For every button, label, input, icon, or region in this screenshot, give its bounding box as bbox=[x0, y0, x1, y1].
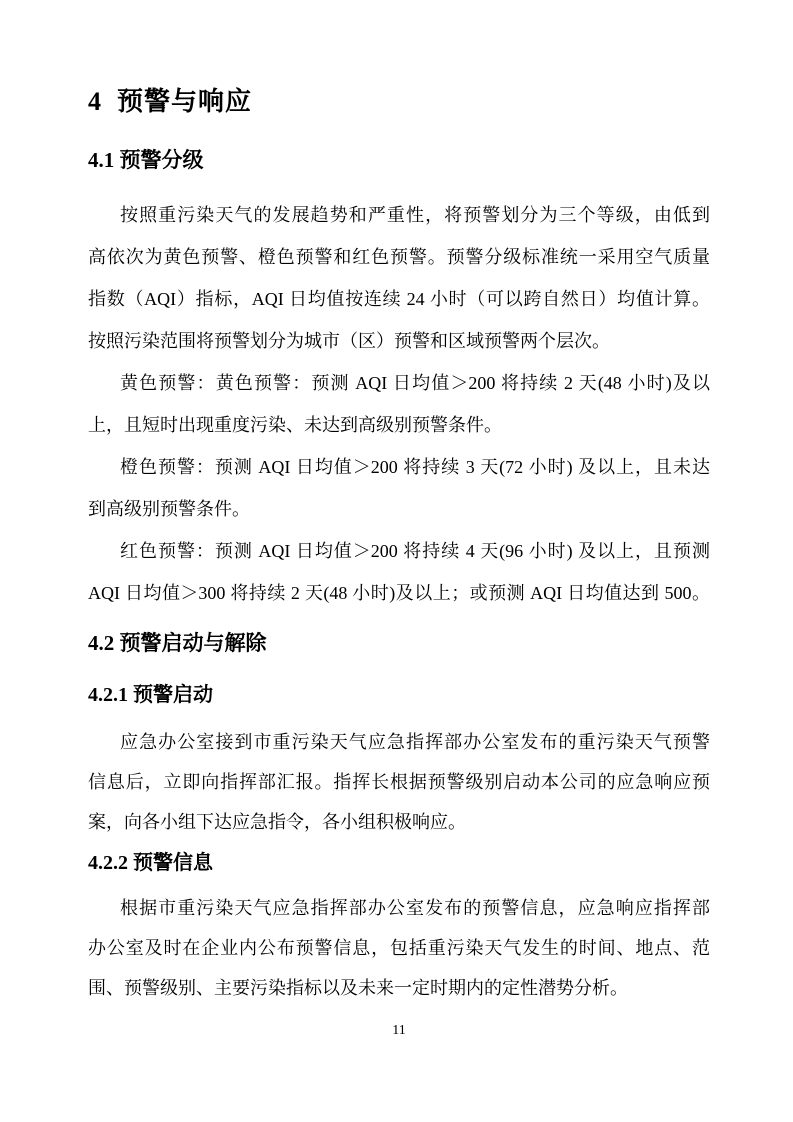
text-line: AQI 日均值＞300 将持续 2 天(48 小时)及以上；或预测 AQI 日均… bbox=[88, 572, 710, 614]
text-line: 高依次为黄色预警、橙色预警和红色预警。预警分级标准统一采用空气质量 bbox=[88, 236, 710, 278]
para-warning-information: 根据市重污染天气应急指挥部办公室发布的预警信息，应急响应指挥部 办公室及时在企业… bbox=[88, 888, 710, 1008]
text-line: 案，向各小组下达应急指令，各小组积极响应。 bbox=[88, 802, 710, 842]
section-heading-4-1: 4.1 预警分级 bbox=[88, 147, 710, 174]
text-line: 黄色预警：黄色预警：预测 AQI 日均值＞200 将持续 2 天(48 小时)及… bbox=[88, 362, 710, 404]
section-heading-4-2-2: 4.2.2 预警信息 bbox=[88, 850, 710, 876]
section-heading-4: 4 预警与响应 bbox=[88, 86, 710, 118]
para-red-warning: 红色预警：预测 AQI 日均值＞200 将持续 4 天(96 小时) 及以上，且… bbox=[88, 530, 710, 614]
text-line: 应急办公室接到市重污染天气应急指挥部办公室发布的重污染天气预警 bbox=[88, 722, 710, 762]
section-4-2: 4.2 预警启动与解除 4.2.1 预警启动 应急办公室接到市重污染天气应急指挥… bbox=[88, 630, 710, 1008]
section-heading-4-2-1: 4.2.1 预警启动 bbox=[88, 682, 710, 708]
para-warning-activation: 应急办公室接到市重污染天气应急指挥部办公室发布的重污染天气预警 信息后，立即向指… bbox=[88, 722, 710, 842]
text-line: 信息后，立即向指挥部汇报。指挥长根据预警级别启动本公司的应急响应预 bbox=[88, 762, 710, 802]
text-line: 按照重污染天气的发展趋势和严重性，将预警划分为三个等级，由低到 bbox=[88, 194, 710, 236]
text-line: 到高级别预警条件。 bbox=[88, 488, 710, 530]
para-yellow-warning: 黄色预警：黄色预警：预测 AQI 日均值＞200 将持续 2 天(48 小时)及… bbox=[88, 362, 710, 446]
section-heading-4-2: 4.2 预警启动与解除 bbox=[88, 630, 710, 657]
text-line: 橙色预警：预测 AQI 日均值＞200 将持续 3 天(72 小时) 及以上，且… bbox=[88, 446, 710, 488]
text-line: 红色预警：预测 AQI 日均值＞200 将持续 4 天(96 小时) 及以上，且… bbox=[88, 530, 710, 572]
text-line: 围、预警级别、主要污染指标以及未来一定时期内的定性潜势分析。 bbox=[88, 968, 710, 1008]
page-number: 11 bbox=[88, 1022, 710, 1040]
text-line: 按照污染范围将预警划分为城市（区）预警和区域预警两个层次。 bbox=[88, 320, 710, 362]
document-page: 4 预警与响应 4.1 预警分级 按照重污染天气的发展趋势和严重性，将预警划分为… bbox=[0, 0, 793, 1122]
para-warning-level-overview: 按照重污染天气的发展趋势和严重性，将预警划分为三个等级，由低到 高依次为黄色预警… bbox=[88, 194, 710, 362]
text-line: 上，且短时出现重度污染、未达到高级别预警条件。 bbox=[88, 404, 710, 446]
text-line: 办公室及时在企业内公布预警信息，包括重污染天气发生的时间、地点、范 bbox=[88, 928, 710, 968]
text-line: 指数（AQI）指标，AQI 日均值按连续 24 小时（可以跨自然日）均值计算。 bbox=[88, 278, 710, 320]
text-line: 根据市重污染天气应急指挥部办公室发布的预警信息，应急响应指挥部 bbox=[88, 888, 710, 928]
para-orange-warning: 橙色预警：预测 AQI 日均值＞200 将持续 3 天(72 小时) 及以上，且… bbox=[88, 446, 710, 530]
